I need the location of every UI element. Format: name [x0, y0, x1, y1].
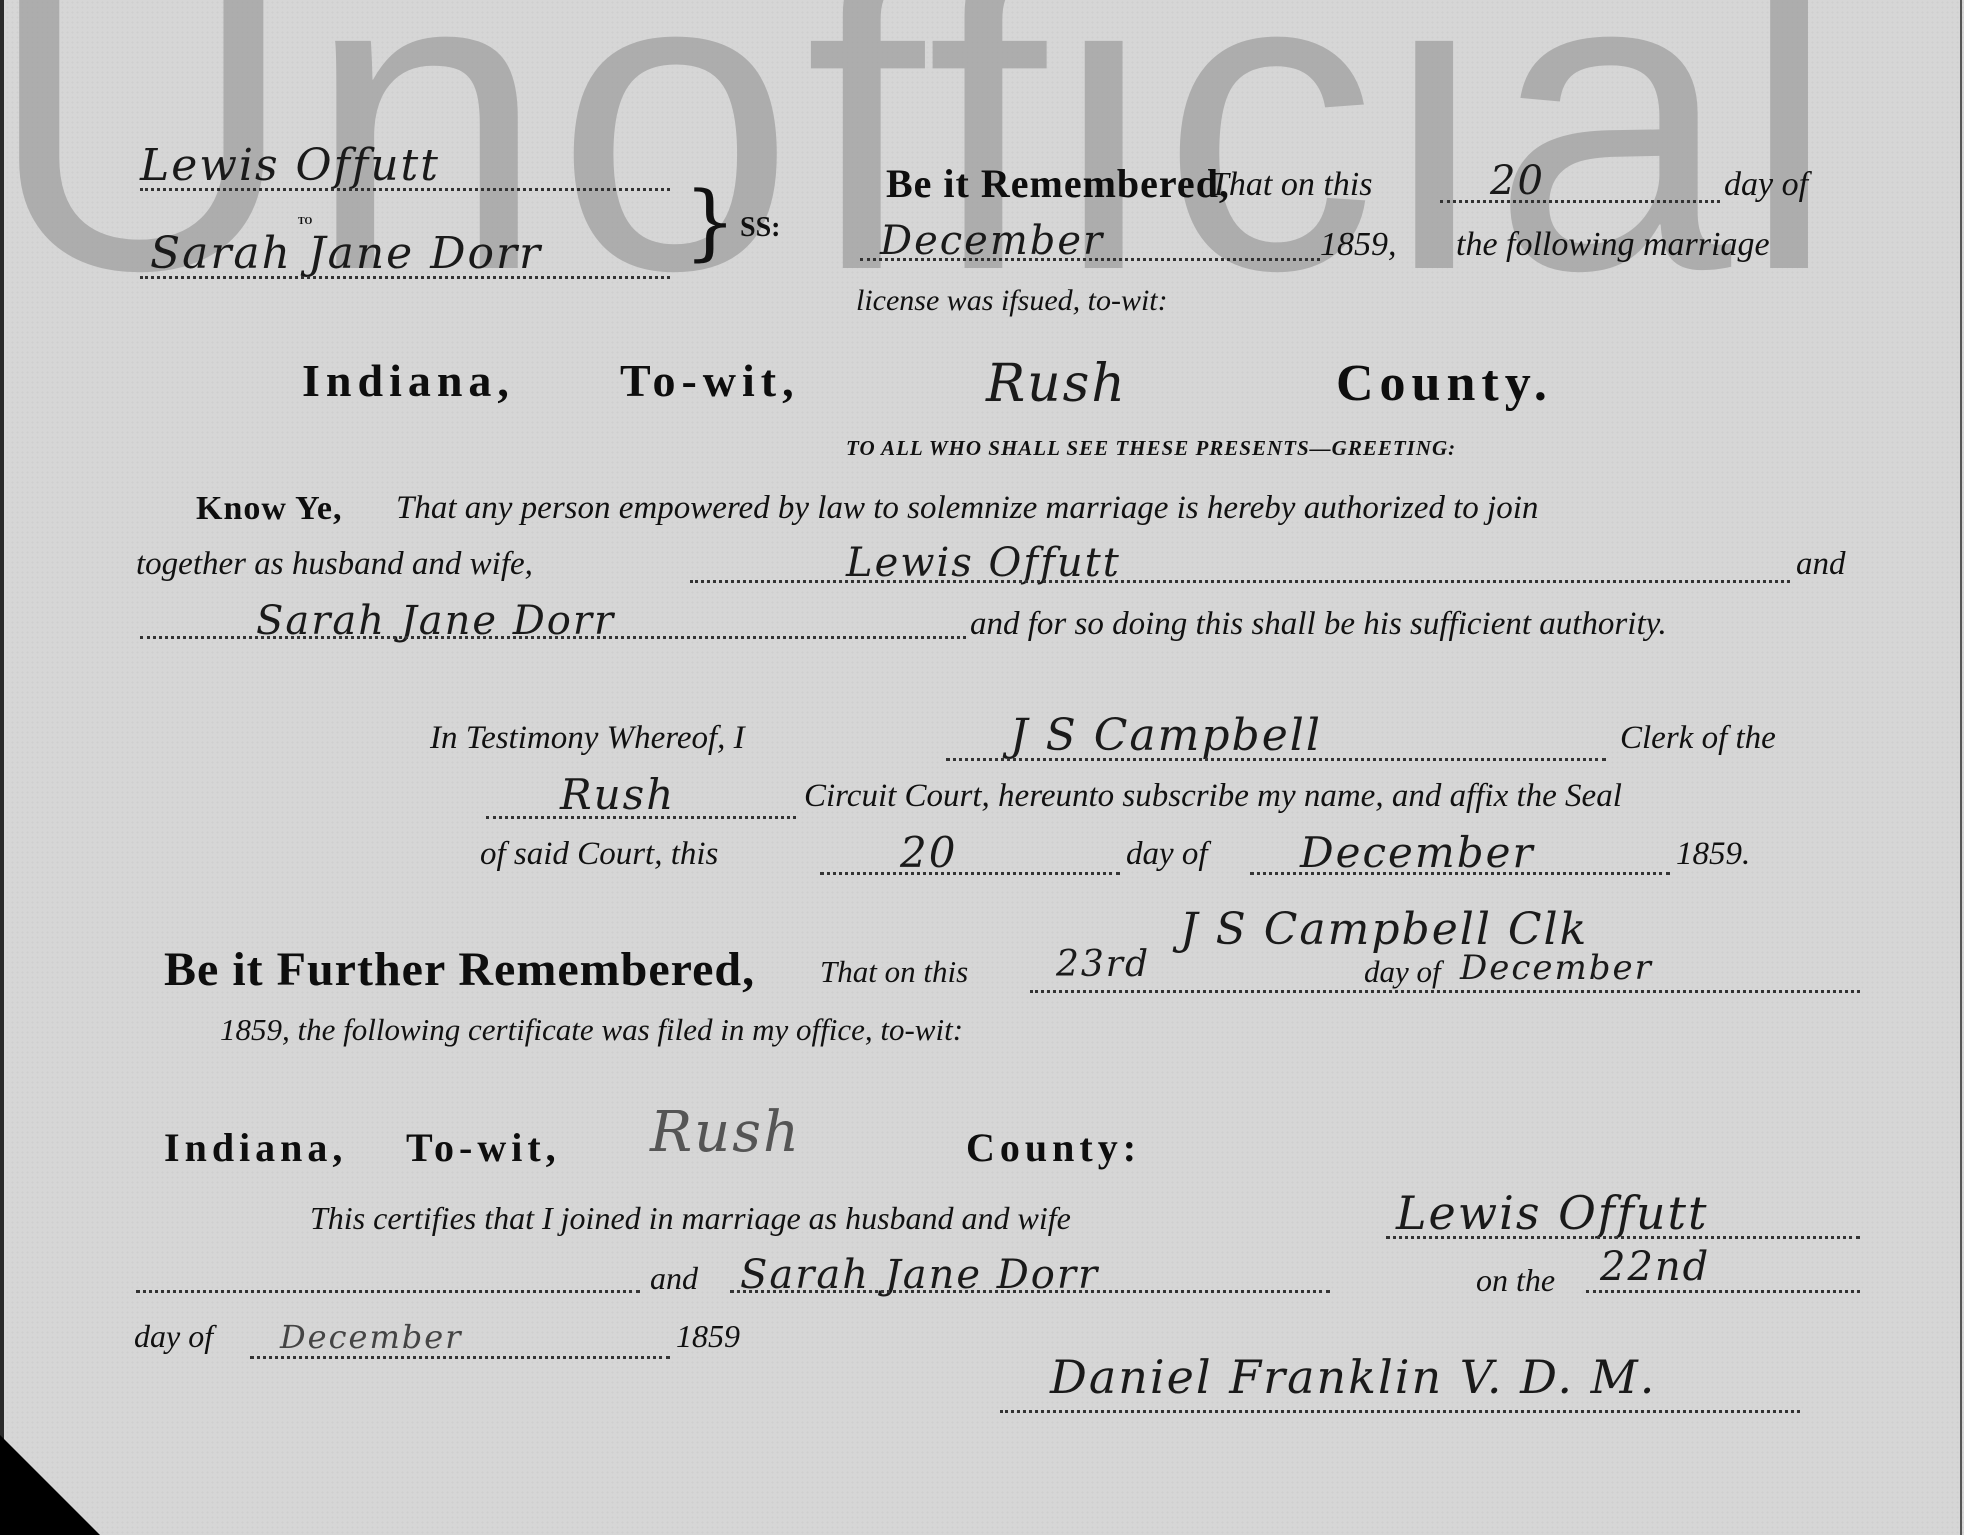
- court-county: Rush: [560, 770, 675, 819]
- further-heading: Be it Further Remembered,: [164, 942, 755, 997]
- license-issued: license was ifsued, to-wit:: [856, 284, 1168, 318]
- the-following-marriage: the following marriage: [1456, 226, 1770, 264]
- cert-indiana: Indiana,: [164, 1124, 347, 1171]
- to-wit-label: To-wit,: [620, 354, 800, 407]
- testimony-month-line: [1250, 872, 1670, 875]
- know-ye-line1: That any person empowered by law to sole…: [396, 490, 1538, 527]
- of-said-court: of said Court, this: [480, 836, 718, 873]
- further-month: December: [1460, 948, 1653, 988]
- greeting: TO ALL WHO SHALL SEE THESE PRESENTS—GREE…: [846, 436, 1456, 461]
- cert-groom-name: Lewis Offutt: [1396, 1186, 1708, 1240]
- header-groom-name: Lewis Offutt: [140, 140, 440, 191]
- be-it-remembered: Be it Remembered,: [886, 160, 1230, 207]
- header-bride-name: Sarah Jane Dorr: [150, 228, 542, 279]
- officiant-signature: Daniel Franklin V. D. M.: [1050, 1350, 1656, 1404]
- page-right-edge: [1960, 0, 1962, 1535]
- cert-certifies: This certifies that I joined in marriage…: [310, 1200, 1071, 1237]
- testimony-day-line: [820, 872, 1120, 875]
- further-that-on-this: That on this: [820, 954, 968, 990]
- clerk-of-the: Clerk of the: [1620, 720, 1776, 757]
- know-ye-line2-prefix: together as husband and wife,: [136, 546, 533, 583]
- further-line2: 1859, the following certificate was file…: [220, 1012, 963, 1048]
- scan-corner-shadow: [0, 1435, 100, 1535]
- testimony-prefix: In Testimony Whereof, I: [430, 720, 745, 757]
- cert-day-line: [1586, 1290, 1860, 1293]
- know-ye-and: and: [1796, 546, 1846, 583]
- cert-and: and: [650, 1260, 698, 1297]
- cert-county-name: Rush: [650, 1100, 801, 1165]
- know-ye-groom-line: [690, 580, 1790, 583]
- county-label: County.: [1336, 354, 1553, 413]
- testimony-day: 20: [900, 828, 957, 877]
- cert-to-wit: To-wit,: [406, 1124, 561, 1171]
- officiant-signature-line: [1000, 1410, 1800, 1413]
- further-day-of: day of: [1364, 954, 1441, 990]
- circuit-court-text: Circuit Court, hereunto subscribe my nam…: [804, 778, 1622, 815]
- further-day: 23rd: [1056, 944, 1150, 985]
- day-of: day of: [1724, 166, 1808, 204]
- cert-lead-line: [136, 1290, 640, 1293]
- brace: }: [684, 182, 736, 264]
- know-ye: Know Ye,: [196, 490, 343, 528]
- cert-day: 22nd: [1600, 1244, 1710, 1290]
- cert-on-the: on the: [1476, 1262, 1555, 1299]
- cert-month-line: [250, 1356, 670, 1359]
- testimony-month: December: [1300, 828, 1535, 877]
- cert-month: December: [280, 1318, 463, 1356]
- license-day: 20: [1490, 158, 1545, 204]
- county-name: Rush: [986, 354, 1127, 414]
- bride-line: [140, 276, 670, 279]
- indiana-label: Indiana,: [302, 354, 515, 407]
- page-left-edge: [0, 0, 4, 1535]
- document-page: Unofficial Lewis Offutt TO Sarah Jane Do…: [0, 0, 1964, 1535]
- cert-groom-line: [1386, 1236, 1860, 1239]
- license-year: 1859,: [1320, 226, 1397, 264]
- court-county-line: [486, 816, 796, 819]
- cert-bride-line: [730, 1290, 1330, 1293]
- testimony-day-of: day of: [1126, 836, 1208, 873]
- know-ye-line3: and for so doing this shall be his suffi…: [970, 606, 1667, 643]
- further-day-line: [1030, 990, 1860, 993]
- clerk-name-line: [946, 758, 1606, 761]
- clerk-name: J S Campbell: [1010, 710, 1322, 761]
- cert-county: County:: [966, 1124, 1141, 1171]
- that-on-this: That on this: [1210, 166, 1372, 204]
- know-ye-bride-line: [140, 636, 966, 639]
- license-month-line: [860, 258, 1320, 261]
- cert-day-of: day of: [134, 1318, 213, 1355]
- groom-line: [140, 188, 670, 191]
- license-day-line: [1440, 200, 1720, 203]
- ss-label: SS:: [740, 212, 780, 244]
- to-label: TO: [298, 216, 312, 227]
- testimony-year: 1859.: [1676, 836, 1750, 873]
- cert-year: 1859: [676, 1318, 740, 1355]
